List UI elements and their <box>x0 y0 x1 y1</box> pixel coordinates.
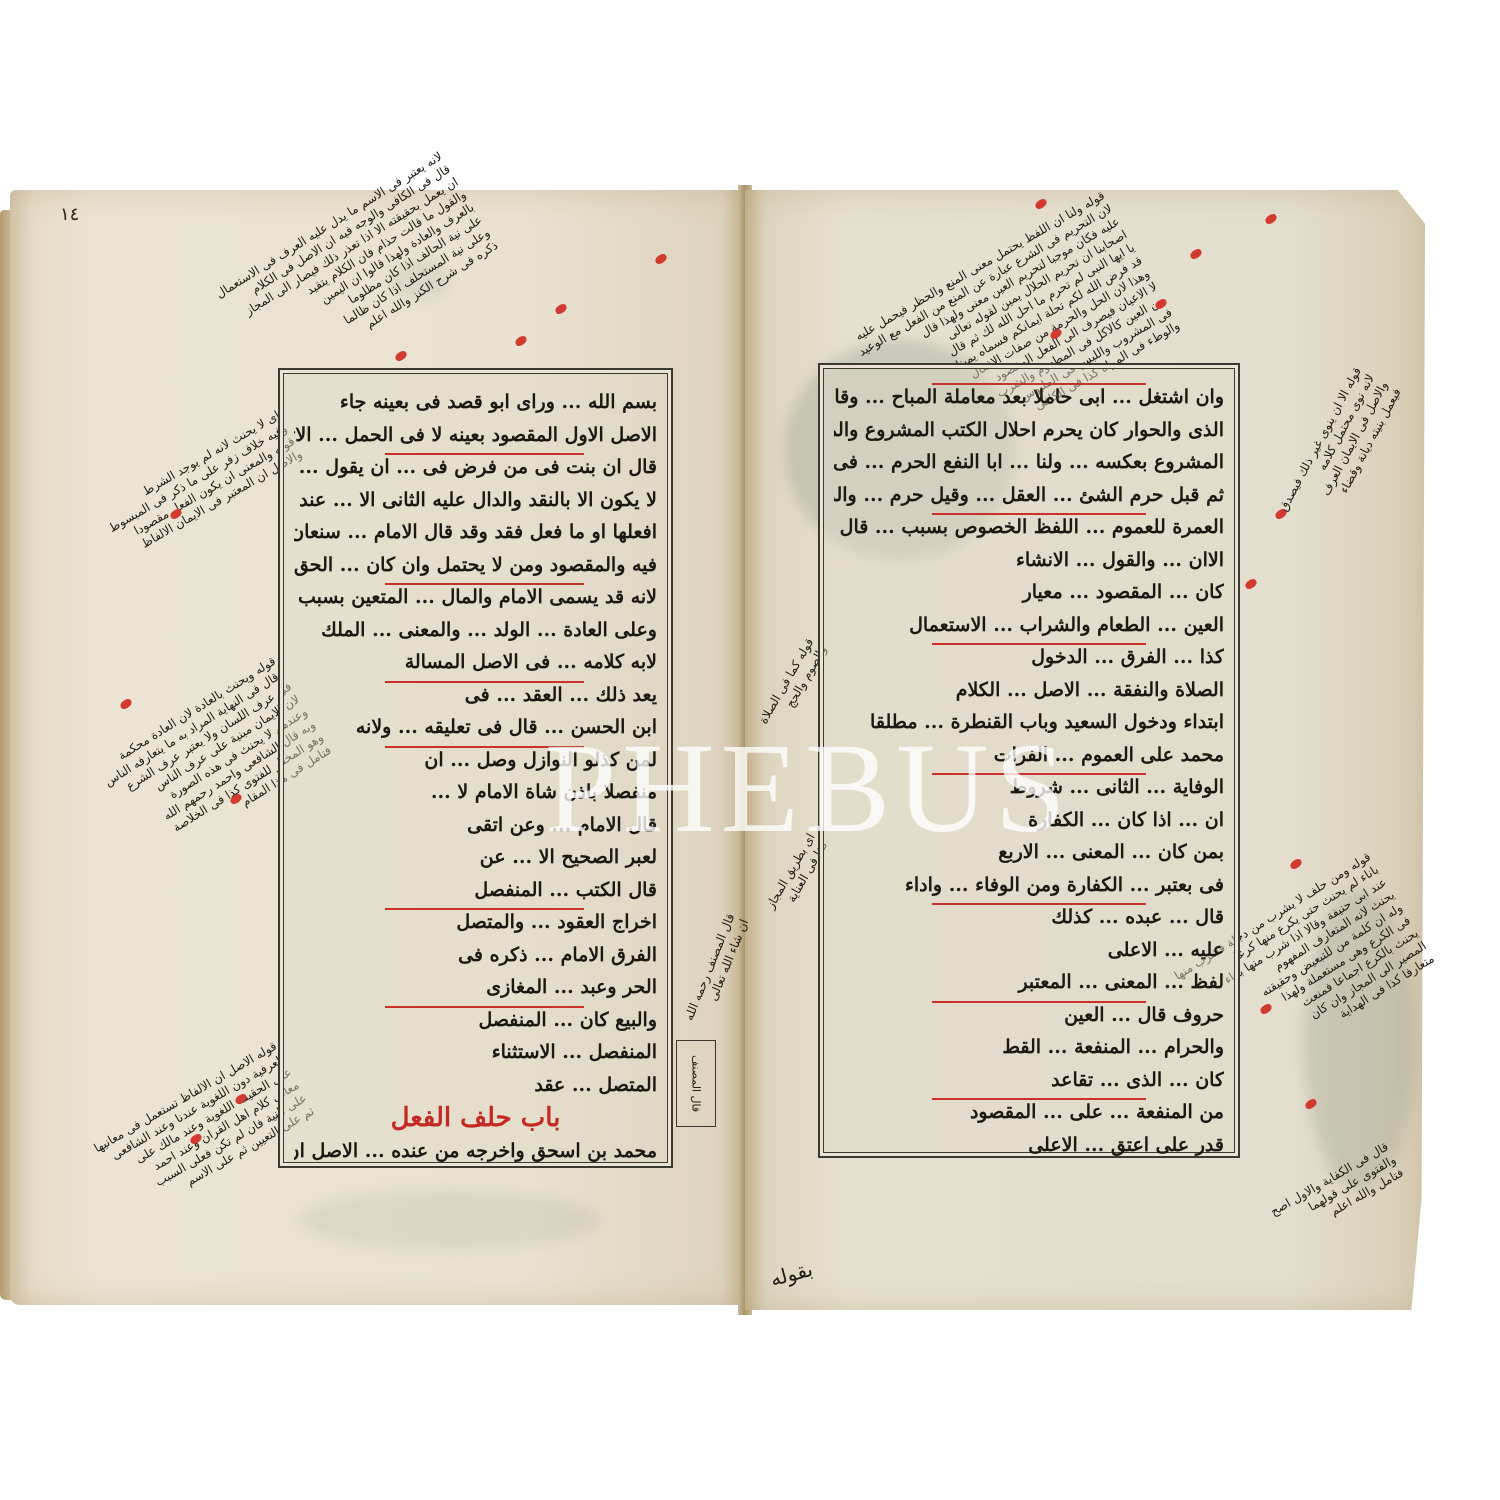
text-line: ثم قبل حرم الشئ ... العقل ... وقيل حرم .… <box>834 479 1224 512</box>
marginal-box-note: قال المصنف <box>676 1040 716 1127</box>
text-line: يعد ذلك ... العقد ... فى <box>294 679 657 712</box>
text-line: العمرة للعموم ... اللفظ الخصوص بسبب ... … <box>834 511 1224 544</box>
text-line: والبيع كان ... المنفصل <box>294 1004 657 1037</box>
text-line: الاصل الاول المقصود بعينه لا فى الحمل ..… <box>294 419 657 452</box>
text-line: افعلها او ما فعل فقد وقد قال الامام ... … <box>294 516 657 549</box>
chapter-heading: باب حلف الفعل <box>294 1101 657 1135</box>
text-line: قال ان بنت فى من فرض فى ... ان يقول ... … <box>294 451 657 484</box>
text-line: محمد بن اسحق واخرجه من عنده ... الاصل ان… <box>294 1135 657 1168</box>
text-line: وان اشتغل ... ابى حاملا بعد معاملة المبا… <box>834 381 1224 414</box>
manuscript-photo: ١٤ لانه يعتبر فى الاسم ما يدل عليه العرف… <box>0 0 1500 1500</box>
text-line: من المنفعة ... على ... المقصود <box>834 1096 1224 1129</box>
text-line: المنفصل ... الاستثناء <box>294 1036 657 1069</box>
text-line: والحرام ... المنفعة ... القط <box>834 1031 1224 1064</box>
text-line: المشروع بعكسه ... ولنا ... ابا النفع الح… <box>834 446 1224 479</box>
text-line: العين ... الطعام والشراب ... الاستعمال <box>834 609 1224 642</box>
text-line: لا يكون الا بالنقد والدال عليه الثانى ال… <box>294 484 657 517</box>
text-line: وعلى العادة ... الولد ... والمعنى ... ال… <box>294 614 657 647</box>
text-line: لابه كلامه ... فى الاصل المسالة <box>294 646 657 679</box>
text-line: عليه ... الاعلى <box>834 934 1224 967</box>
text-line: اخراج العقود ... والمتصل <box>294 906 657 939</box>
text-line: لانه قد يسمى الامام والمال ... المتعين ب… <box>294 581 657 614</box>
text-line: قال الكتب ... المنفصل <box>294 874 657 907</box>
text-line: الحر وعبد ... المغازى <box>294 971 657 1004</box>
text-line: كان ... الذى ... تقاعد <box>834 1064 1224 1097</box>
text-line: الذى والحوار كان يحرم احلال الكتب المشرو… <box>834 414 1224 447</box>
watermark: PHEBUS <box>545 715 1072 862</box>
text-line: لفظ ... المعنى ... المعتبر <box>834 966 1224 999</box>
page-number: ١٤ <box>60 204 79 225</box>
text-line: قدر على اعتق ... الاعلى <box>834 1129 1224 1159</box>
text-line: قال ... عبده ... كذلك <box>834 901 1224 934</box>
text-line: الصلاة والنفقة ... الاصل ... الكلام <box>834 674 1224 707</box>
text-line: فى بعتبر ... الكفارة ومن الوفاء ... وادا… <box>834 869 1224 902</box>
text-line: كذا ... الفرق ... الدخول <box>834 641 1224 674</box>
text-line: الاان ... والقول ... الانشاء <box>834 544 1224 577</box>
text-line: بسم الله ... وراى ابو قصد فى بعينه جاء <box>294 386 657 419</box>
text-line: فى الالتحام مبنية على العرف عندنا وعند ا… <box>294 1168 657 1169</box>
text-line: الفرق الامام ... ذكره فى <box>294 939 657 972</box>
text-line: فيه والمقصود ومن لا يحتمل وان كان ... ال… <box>294 549 657 582</box>
text-line: المتصل ... عقد <box>294 1069 657 1102</box>
text-line: كان ... المقصود ... معيار <box>834 576 1224 609</box>
text-line: حروف قال ... العين <box>834 999 1224 1032</box>
